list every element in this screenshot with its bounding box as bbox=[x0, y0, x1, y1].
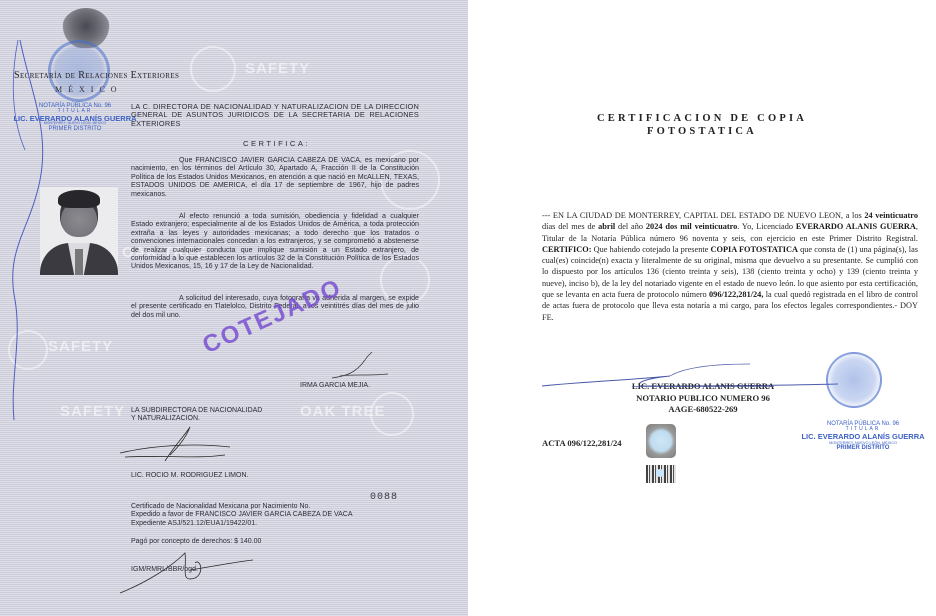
certifica-heading: CERTIFICA: bbox=[243, 139, 310, 148]
title-line: Y NATURALIZACION. bbox=[131, 415, 262, 423]
title-line: CERTIFICACION DE COPIA bbox=[468, 112, 936, 125]
notarial-certification-page: CERTIFICACION DE COPIA FOTOSTATICA --- E… bbox=[468, 0, 936, 616]
stamp-line: LIC. EVERARDO ALANÍS GUERRA bbox=[798, 433, 928, 441]
signature-icon bbox=[330, 350, 390, 382]
watermark-seal bbox=[8, 330, 48, 370]
signature-icon bbox=[115, 425, 235, 465]
watermark-text: SAFETY bbox=[48, 338, 113, 355]
notary-role: NOTARIO PUBLICO NUMERO 96 bbox=[608, 393, 798, 405]
institution-name: Secretaría de Relaciones Exteriores bbox=[14, 70, 179, 81]
payment-line: Pagó por concepto de derechos: $ 140.00 bbox=[131, 538, 261, 545]
watermark-seal bbox=[370, 392, 414, 436]
signatory-name: LIC. ROCIO M. RODRIGUEZ LIMON. bbox=[131, 472, 248, 479]
body-bold: 096/122,281/24, bbox=[709, 290, 763, 299]
signature-icon bbox=[115, 548, 255, 598]
document-title: CERTIFICACION DE COPIA FOTOSTATICA bbox=[468, 112, 936, 138]
signatory-name: IRMA GARCIA MEJIA. bbox=[300, 382, 370, 389]
institution-country: MÉXICO bbox=[55, 85, 123, 94]
certification-body: --- EN LA CIUDAD DE MONTERREY, CAPITAL D… bbox=[542, 210, 918, 323]
nationality-certificate-page: SAFETY OAK TREE SAFETY SAFETY OAK TREE S… bbox=[0, 0, 468, 616]
certificate-line: Expedido a favor de FRANCISCO JAVIER GAR… bbox=[131, 511, 352, 519]
certificate-line: Expediente ASJ/521.12/EUA1/19422/01. bbox=[131, 520, 352, 528]
notary-seal-icon bbox=[826, 352, 882, 408]
notary-stamp: NOTARÍA PÚBLICA No. 96 TITULAR LIC. EVER… bbox=[10, 103, 140, 132]
notary-rfc: AAGE-680522-269 bbox=[608, 404, 798, 416]
certificate-details: Certificado de Nacionalidad Mexicana por… bbox=[131, 503, 352, 528]
acta-number: ACTA 096/122,281/24 bbox=[542, 438, 622, 448]
certificate-number: 0088 bbox=[370, 492, 398, 503]
applicant-photo bbox=[40, 187, 118, 275]
body-bold: abril bbox=[598, 222, 615, 231]
body-bold: COPIA FOTOSTATICA bbox=[711, 245, 798, 254]
stamp-line: PRIMER DISTRITO bbox=[798, 445, 928, 451]
title-line: LA SUBDIRECTORA DE NACIONALIDAD bbox=[131, 407, 262, 415]
body-bold: CERTIFICO: bbox=[542, 245, 592, 254]
qr-code-icon bbox=[646, 465, 676, 483]
body-text: días del mes de bbox=[542, 222, 598, 231]
body-bold: 24 veinticuatro bbox=[864, 211, 918, 220]
initials-line: IGM/RMRL/BBR/ogd. bbox=[131, 566, 198, 573]
body-bold: 2024 dos mil veinticuatro bbox=[646, 222, 737, 231]
body-text: . Yo, Licenciado bbox=[737, 222, 796, 231]
stamp-line: PRIMER DISTRITO bbox=[10, 126, 140, 132]
notary-name: LIC. EVERARDO ALANIS GUERRA bbox=[608, 381, 798, 393]
watermark-text: SAFETY bbox=[245, 60, 310, 77]
body-text: --- EN LA CIUDAD DE MONTERREY, CAPITAL D… bbox=[542, 211, 864, 220]
notary-signature-block: LIC. EVERARDO ALANIS GUERRA NOTARIO PUBL… bbox=[608, 381, 798, 416]
body-text: Que habiendo cotejado la presente bbox=[592, 245, 711, 254]
notary-stamp: NOTARÍA PÚBLICA No. 96 TITULAR LIC. EVER… bbox=[798, 421, 928, 452]
issuer-header: LA C. DIRECTORA DE NACIONALIDAD Y NATURA… bbox=[131, 103, 419, 128]
certification-paragraph-1: Que FRANCISCO JAVIER GARCIA CABEZA DE VA… bbox=[131, 156, 419, 198]
certificate-line: Certificado de Nacionalidad Mexicana por… bbox=[131, 503, 352, 511]
body-text: del año bbox=[615, 222, 646, 231]
security-hologram-icon bbox=[646, 424, 676, 458]
watermark-text: SAFETY bbox=[60, 403, 125, 420]
watermark-seal bbox=[190, 46, 236, 92]
subdirectora-title: LA SUBDIRECTORA DE NACIONALIDAD Y NATURA… bbox=[131, 407, 262, 424]
body-bold: EVERARDO ALANIS GUERRA bbox=[796, 222, 916, 231]
title-line: FOTOSTATICA bbox=[468, 125, 936, 138]
certification-paragraph-2: Al efecto renunció a toda sumisión, obed… bbox=[131, 212, 419, 271]
